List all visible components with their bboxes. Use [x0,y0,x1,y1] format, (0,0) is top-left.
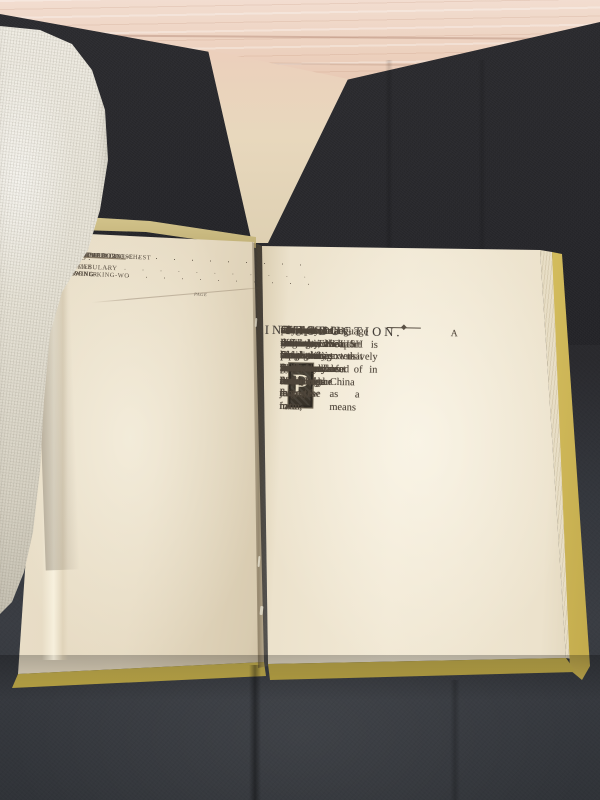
cloth-fold [478,60,486,270]
cloth-fold-center [249,665,261,800]
book-cast-shadow [0,655,600,701]
cloth-fold [450,680,460,800]
ornament-diamond [401,324,407,330]
photo-open-book-scene: CONTENTS. PAGE CK HORNER AN'S SONG75 NES… [0,0,600,800]
text-line: hundred words, the pronunciation and gra… [281,325,339,339]
tapered-rule-diamond-icon [387,325,421,332]
page-column-label: PAGE [194,291,207,297]
printers-signature: A [451,328,459,341]
cloth-fold [385,60,393,260]
introduction-page-text: INTRODUCTION. P IDGIN-ENGLISH is that di… [275,318,559,633]
